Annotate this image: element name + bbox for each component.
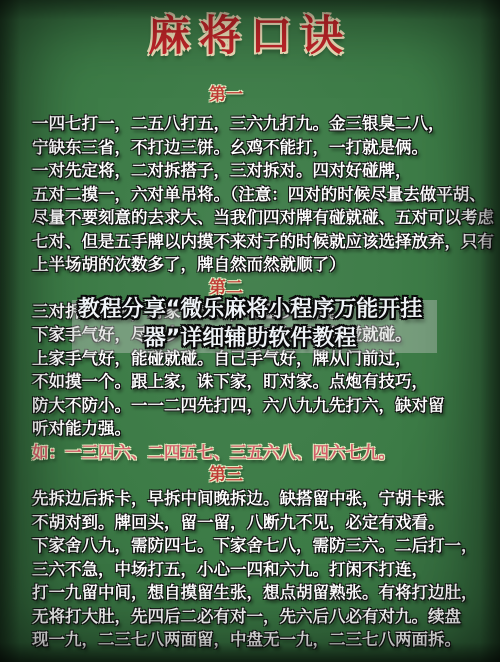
mantra-line: 不如摸一个。跟上家，诛下家，盯对家。点炮有技巧， xyxy=(0,370,500,394)
mantra-line: 尽量不要刻意的去求大、当我们四对牌有碰就碰、五对可以考虑 xyxy=(0,206,500,230)
mantra-line: 上半场胡的次数多了，牌自然而然就顺了） xyxy=(0,253,500,277)
mantra-line: 防大不防小。一一二四先打四，六八九九先打六，缺对留 xyxy=(0,394,500,418)
mantra-line: 五对二摸一，六对单吊将。（注意：四对的时候尽量去做平胡、 xyxy=(0,183,500,207)
mantra-line: 一四七打一，二五八打五，三六九打九。金三银臭二八， xyxy=(0,112,500,136)
mantra-line: 无将打大肚，先四后二必有对一，先六后八必有对九。续盘 xyxy=(0,605,500,629)
mantra-line: 听对能力强。 xyxy=(0,417,500,441)
mantra-line: 七对、但是五手牌以内摸不来对子的时候就应该选择放弃，只有 xyxy=(0,230,500,254)
mantra-line: 打一九留中间，想自摸留生张，想点胡留熟张。有将打边肚， xyxy=(0,581,500,605)
section-third-lines: 先拆边后拆卡，早拆中间晚拆边。缺搭留中张，宁胡卡张 不胡对到。牌回头，留一留，八… xyxy=(0,487,500,652)
mantra-line: 不胡对到。牌回头，留一留，八断九不见，必定有戏看。 xyxy=(0,511,500,535)
mantra-example-line: 如：一三四六、二四五七、三五六八、四六七九。 xyxy=(0,441,500,465)
mahjong-mantra-poster: 麻将口诀 第一 一四七打一，二五八打五，三六九打九。金三银臭二八， 宁缺东三省，… xyxy=(0,0,500,662)
section-first-lines: 一四七打一，二五八打五，三六九打九。金三银臭二八， 宁缺东三省，不打边三饼。幺鸡… xyxy=(0,112,500,277)
watermark-line-2: 器”详细辅助软件教程 xyxy=(30,325,470,354)
mantra-line: 现一九，二三七八两面留，中盘无一九，二三七八两面拆。 xyxy=(0,628,500,652)
mantra-line: 宁缺东三省，不打边三饼。幺鸡不能打，一打就是俩。 xyxy=(0,136,500,160)
section-badge-second: 第二 xyxy=(0,279,476,297)
mantra-line: 下家舍八九，需防四七。下家舍七八，需防三六。二后打一， xyxy=(0,534,500,558)
mantra-line: 先拆边后拆卡，早拆中间晚拆边。缺搭留中张，宁胡卡张 xyxy=(0,487,500,511)
watermark-line-1: 教程分享“微乐麻将小程序万能开挂 xyxy=(30,296,470,325)
mantra-line: 一对先定将，二对拆搭子，三对拆对。四对好碰牌， xyxy=(0,159,500,183)
mantra-line: 三六不急，中场打五，小心一四和六九。打闲不打连， xyxy=(0,558,500,582)
section-badge-first: 第一 xyxy=(0,86,476,104)
watermark-overlay-text: 教程分享“微乐麻将小程序万能开挂 器”详细辅助软件教程 xyxy=(30,296,470,353)
section-badge-third: 第三 xyxy=(0,466,476,484)
poster-title: 麻将口诀 xyxy=(0,0,500,58)
